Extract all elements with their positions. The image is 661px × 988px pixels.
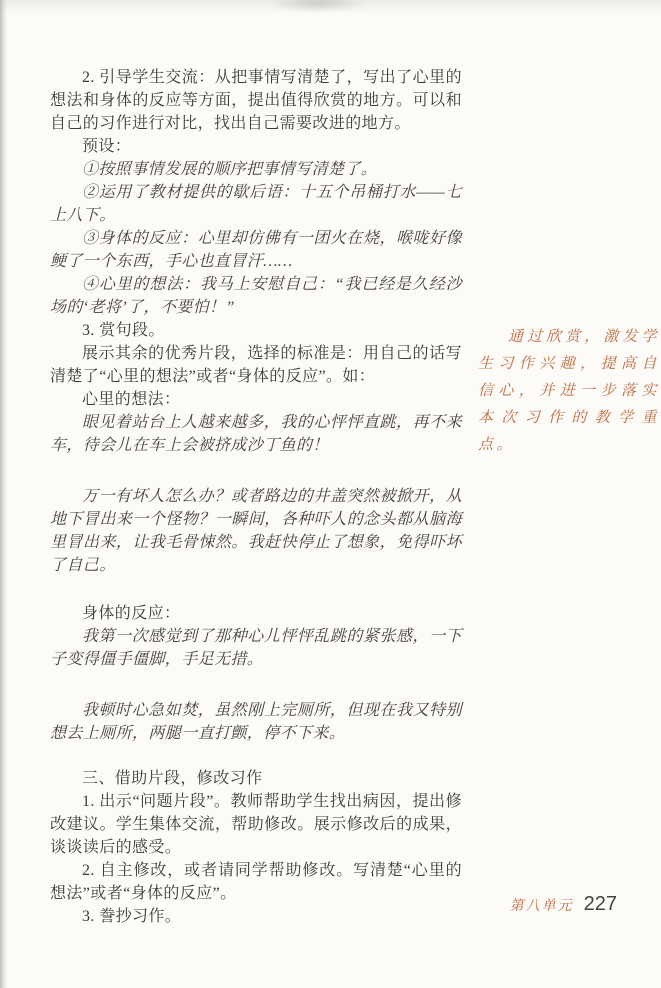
body-paragraph: 展示其余的优秀片段，选择的标准是：用自己的话写清楚了“心里的想法”或者“身体的反… — [50, 342, 462, 388]
body-paragraph: 身体的反应： — [50, 602, 462, 625]
section-heading: 三、借助片段，修改习作 — [50, 767, 462, 790]
body-paragraph: 3. 赏句段。 — [50, 319, 462, 342]
teacher-margin-note: 通过欣赏，激发学生习作兴趣，提高自信心，并进一步落实本次习作的教学重点。 — [478, 324, 660, 459]
body-paragraph: ①按照事情发展的顺序把事情写清楚了。 — [50, 158, 462, 181]
body-paragraph: ②运用了教材提供的歇后语：十五个吊桶打水——七上八下。 — [50, 181, 462, 227]
body-paragraph: 眼见着站台上人越来越多，我的心怦怦直跳，再不来车，待会儿在车上会被挤成沙丁鱼的！ — [50, 411, 462, 457]
body-paragraph: ③身体的反应：心里却仿佛有一团火在烧，喉咙好像鲠了一个东西，手心也直冒汗…… — [50, 227, 462, 273]
scan-smudge — [268, 0, 368, 12]
body-paragraph: 心里的想法： — [50, 388, 462, 411]
page-number: 227 — [584, 893, 617, 916]
body-paragraph: 1. 出示“问题片段”。教师帮助学生找出病因，提出修改建议。学生集体交流，帮助修… — [50, 790, 462, 859]
body-paragraph: 我顿时心急如焚，虽然刚上完厕所，但现在我又特别想去上厕所，两腿一直打颤，停不下来… — [50, 699, 462, 745]
body-paragraph: 3. 誊抄习作。 — [50, 905, 462, 928]
main-text-column: 2. 引导学生交流：从把事情写清楚了，写出了心里的想法和身体的反应等方面，提出值… — [50, 66, 462, 928]
body-paragraph: 预设： — [50, 135, 462, 158]
body-paragraph: ④心里的想法：我马上安慰自己：“我已经是久经沙场的‘老将’了，不要怕！” — [50, 273, 462, 319]
page-footer: 第八单元 227 — [510, 893, 617, 916]
body-paragraph: 万一有坏人怎么办？或者路边的井盖突然被掀开，从地下冒出来一个怪物？一瞬间，各种吓… — [50, 485, 462, 577]
body-paragraph: 2. 引导学生交流：从把事情写清楚了，写出了心里的想法和身体的反应等方面，提出值… — [50, 66, 462, 135]
unit-label: 第八单元 — [510, 895, 574, 915]
body-paragraph: 2. 自主修改，或者请同学帮助修改。写清楚“心里的想法”或者“身体的反应”。 — [50, 859, 462, 905]
scan-left-edge — [0, 0, 7, 988]
scanned-textbook-page: 2. 引导学生交流：从把事情写清楚了，写出了心里的想法和身体的反应等方面，提出值… — [0, 0, 661, 988]
body-paragraph: 我第一次感觉到了那种心儿怦怦乱跳的紧张感，一下子变得僵手僵脚，手足无措。 — [50, 625, 462, 671]
